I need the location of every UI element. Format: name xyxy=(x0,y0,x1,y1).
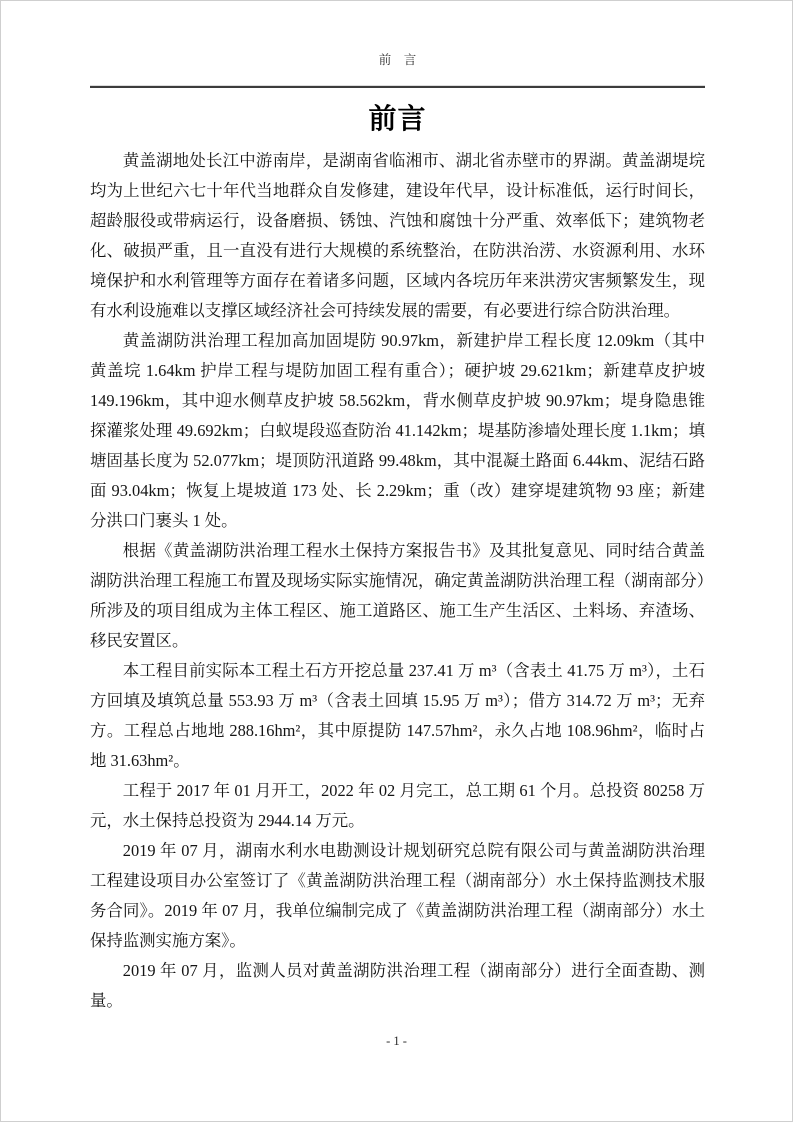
document-body: 黄盖湖地处长江中游南岸，是湖南省临湘市、湖北省赤壁市的界湖。黄盖湖堤垸均为上世纪… xyxy=(90,146,705,1016)
page-title: 前言 xyxy=(90,98,705,142)
running-header: 前 言 xyxy=(90,53,705,67)
page-footer: - 1 - xyxy=(1,1034,792,1049)
paragraph-schedule-investment: 工程于 2017 年 01 月开工，2022 年 02 月完工，总工期 61 个… xyxy=(90,776,705,836)
paragraph-project-scope: 黄盖湖防洪治理工程加高加固堤防 90.97km，新建护岸工程长度 12.09km… xyxy=(90,326,705,536)
paragraph-project-composition: 根据《黄盖湖防洪治理工程水土保持方案报告书》及其批复意见、同时结合黄盖湖防洪治理… xyxy=(90,536,705,656)
document-page: 前 言 前言 黄盖湖地处长江中游南岸，是湖南省临湘市、湖北省赤壁市的界湖。黄盖湖… xyxy=(0,0,793,1122)
paragraph-intro: 黄盖湖地处长江中游南岸，是湖南省临湘市、湖北省赤壁市的界湖。黄盖湖堤垸均为上世纪… xyxy=(90,146,705,326)
paragraph-earthwork-quantities: 本工程目前实际本工程土石方开挖总量 237.41 万 m³（含表土 41.75 … xyxy=(90,656,705,776)
paragraph-survey: 2019 年 07 月，监测人员对黄盖湖防洪治理工程（湖南部分）进行全面查勘、测… xyxy=(90,956,705,1016)
page-number: - 1 - xyxy=(386,1034,407,1048)
running-header-text: 前 言 xyxy=(379,53,417,67)
header-rule xyxy=(90,85,705,88)
paragraph-contract-signing: 2019 年 07 月，湖南水利水电勘测设计规划研究总院有限公司与黄盖湖防洪治理… xyxy=(90,836,705,956)
